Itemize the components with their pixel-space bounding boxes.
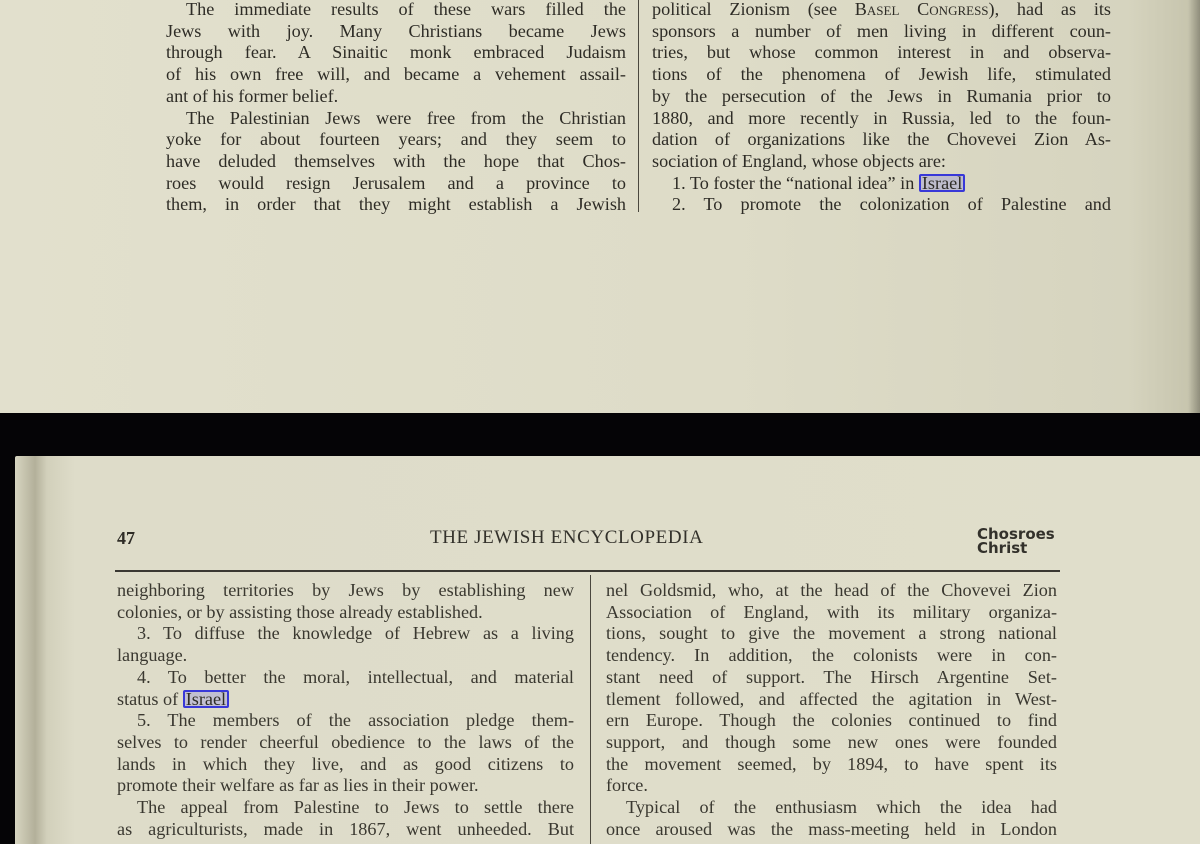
text-line: tlement followed, and affected the agita… xyxy=(606,689,1057,711)
list-item-2: 2. To promote the colonization of Palest… xyxy=(652,194,1111,216)
text-fragment: 1. To foster the “national idea” in xyxy=(672,173,919,193)
text-line: roes would resign Jerusalem and a provin… xyxy=(166,173,626,195)
text-line: them, in order that they might establish… xyxy=(166,194,626,216)
text-fragment: ), had as its xyxy=(989,0,1111,19)
list-item-3: 3. To diffuse the knowledge of Hebrew as… xyxy=(117,623,574,645)
text-line: The immediate results of these wars fill… xyxy=(166,0,626,21)
text-line: ern Europe. Though the colonies continue… xyxy=(606,710,1057,732)
list-item-5: 5. The members of the association pledge… xyxy=(117,710,574,732)
text-line: force. xyxy=(606,775,1057,797)
list-item-4: 4. To better the moral, intellectual, an… xyxy=(117,667,574,689)
text-line: selves to render cheerful obedience to t… xyxy=(117,732,574,754)
top-page-scan: The immediate results of these wars fill… xyxy=(0,0,1200,413)
text-line: have deluded themselves with the hope th… xyxy=(166,151,626,173)
text-line: once aroused was the mass-meeting held i… xyxy=(606,819,1057,841)
bottom-left-column: neighboring territories by Jews by estab… xyxy=(117,580,574,840)
text-line: nel Goldsmid, who, at the head of the Ch… xyxy=(606,580,1057,602)
text-line: by the persecution of the Jews in Rumani… xyxy=(652,86,1111,108)
page-gap-band xyxy=(0,413,1200,456)
top-left-column: The immediate results of these wars fill… xyxy=(166,0,626,216)
search-highlight[interactable]: Israel xyxy=(183,690,229,708)
text-line: of his own free will, and became a vehem… xyxy=(166,64,626,86)
paragraph: The Palestinian Jews were free from the … xyxy=(166,108,626,217)
text-line: tions, sought to give the movement a str… xyxy=(606,623,1057,645)
running-head: THE JEWISH ENCYCLOPEDIA xyxy=(430,527,703,549)
text-line: through fear. A Sinaitic monk embraced J… xyxy=(166,42,626,64)
text-line: lands in which they live, and as good ci… xyxy=(117,754,574,776)
text-line: ant of his former belief. xyxy=(166,86,626,108)
text-line: support, and though some new ones were f… xyxy=(606,732,1057,754)
text-line: language. xyxy=(117,645,574,667)
text-line: tendency. In addition, the colonists wer… xyxy=(606,645,1057,667)
text-line: status of Israel xyxy=(117,689,574,711)
header-rule xyxy=(115,570,1060,572)
text-line: dation of organizations like the Choveve… xyxy=(652,129,1111,151)
text-line: The Palestinian Jews were free from the … xyxy=(166,108,626,130)
text-line: colonies, or by assisting those already … xyxy=(117,602,574,624)
catchwords: Chosroes Christ xyxy=(977,527,1055,555)
search-highlight[interactable]: Israel xyxy=(919,174,965,192)
text-line: sociation of England, whose objects are: xyxy=(652,151,1111,173)
column-divider xyxy=(638,0,639,212)
page-number: 47 xyxy=(117,528,135,549)
top-right-column: political Zionism (see Basel Congress), … xyxy=(652,0,1111,216)
text-line: sponsors a number of men living in diffe… xyxy=(652,21,1111,43)
text-fragment: status of xyxy=(117,689,183,709)
text-line: political Zionism (see Basel Congress), … xyxy=(652,0,1111,21)
text-line: tions of the phenomena of Jewish life, s… xyxy=(652,64,1111,86)
text-line: tries, but whose common interest in and … xyxy=(652,42,1111,64)
column-divider xyxy=(590,575,591,844)
paragraph: The immediate results of these wars fill… xyxy=(166,0,626,108)
list-item-1: 1. To foster the “national idea” in Isra… xyxy=(652,173,1111,195)
text-line: 1880, and more recently in Russia, led t… xyxy=(652,108,1111,130)
text-line: Association of England, with its militar… xyxy=(606,602,1057,624)
text-fragment: political Zionism (see xyxy=(652,0,855,19)
text-line: neighboring territories by Jews by estab… xyxy=(117,580,574,602)
text-line: Jews with joy. Many Christians became Je… xyxy=(166,21,626,43)
text-line: promote their welfare as far as lies in … xyxy=(117,775,574,797)
text-line: as agriculturists, made in 1867, went un… xyxy=(117,819,574,841)
cross-reference-link[interactable]: Basel Congress xyxy=(855,0,989,19)
scan-left-edge xyxy=(0,456,15,844)
text-line: yoke for about fourteen years; and they … xyxy=(166,129,626,151)
catchword-bottom: Christ xyxy=(977,541,1055,555)
text-line: the movement seemed, by 1894, to have sp… xyxy=(606,754,1057,776)
text-line: Typical of the enthusiasm which the idea… xyxy=(606,797,1057,819)
text-line: stant need of support. The Hirsch Argent… xyxy=(606,667,1057,689)
text-line: The appeal from Palestine to Jews to set… xyxy=(117,797,574,819)
bottom-right-column: nel Goldsmid, who, at the head of the Ch… xyxy=(606,580,1057,840)
